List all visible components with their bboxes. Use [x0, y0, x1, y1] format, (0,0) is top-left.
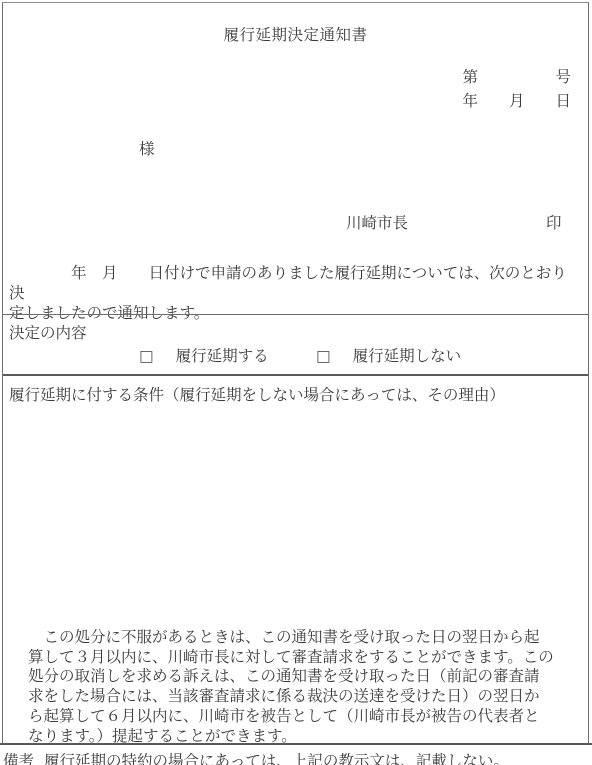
remarks-label: 備考 — [3, 749, 34, 765]
document-title: 履行延期決定通知書 — [3, 23, 588, 45]
option-no-postpone: □ 履行延期しない — [316, 344, 461, 366]
decision-options-row: □ 履行延期する □ 履行延期しない — [3, 344, 588, 366]
bottom-border-rule — [0, 743, 592, 745]
document-date-field: 年 月 日 — [462, 89, 571, 111]
form-border-box: 履行延期決定通知書 第 号 年 月 日 様 川崎市長 印 年 月 日付けで申請の… — [2, 2, 589, 744]
option-no-postpone-label: 履行延期しない — [353, 347, 462, 365]
checkbox-no-postpone-icon[interactable]: □ — [316, 347, 331, 365]
option-postpone-label: 履行延期する — [176, 347, 269, 365]
issuer-name: 川崎市長 — [346, 211, 408, 233]
separator-line-decision-top — [3, 314, 588, 315]
document-number-field: 第 号 — [462, 65, 571, 87]
remarks-line: 備考履行延期の特約の場合にあっては、上記の教示文は、記載しない。 — [3, 749, 509, 765]
document-page: 履行延期決定通知書 第 号 年 月 日 様 川崎市長 印 年 月 日付けで申請の… — [0, 0, 592, 765]
appeal-instructions-text: この処分に不服があるときは、この通知書を受け取った日の翌日から起 算して３月以内… — [28, 628, 573, 746]
addressee-suffix: 様 — [139, 137, 155, 159]
seal-placeholder: 印 — [546, 211, 562, 233]
remarks-text: 履行延期の特約の場合にあっては、上記の教示文は、記載しない。 — [44, 752, 509, 765]
separator-line-conditions-top — [3, 374, 588, 376]
decision-section-label: 決定の内容 — [9, 321, 87, 343]
conditions-section-heading: 履行延期に付する条件（履行延期をしない場合にあっては、その理由） — [9, 383, 582, 405]
checkbox-postpone-icon[interactable]: □ — [139, 347, 154, 365]
option-postpone: □ 履行延期する — [139, 344, 269, 366]
